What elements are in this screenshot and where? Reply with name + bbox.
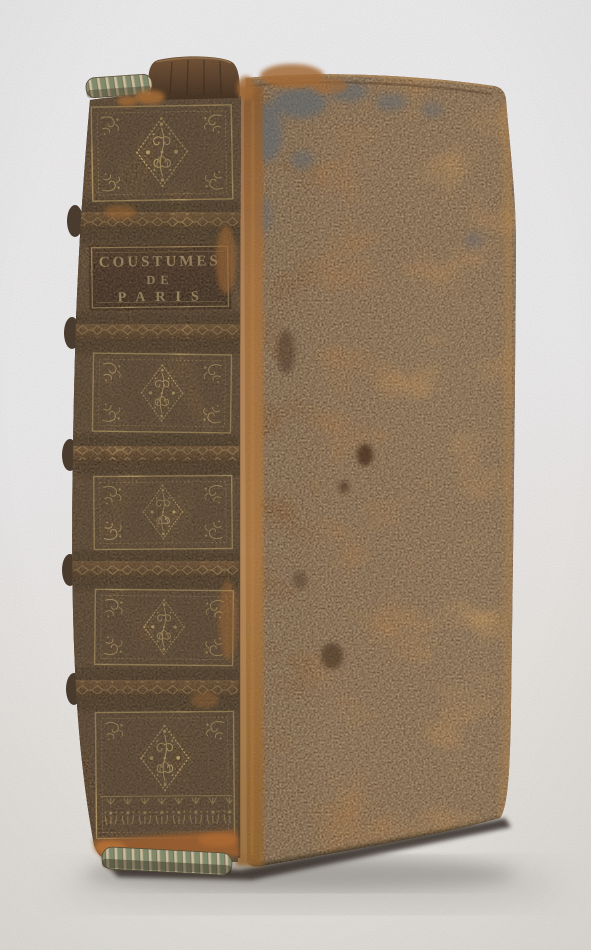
book-illustration: COUSTUMES DE PARIS <box>0 0 591 950</box>
book-photograph: COUSTUMES DE PARIS <box>0 0 591 950</box>
photo-grain <box>0 0 591 950</box>
